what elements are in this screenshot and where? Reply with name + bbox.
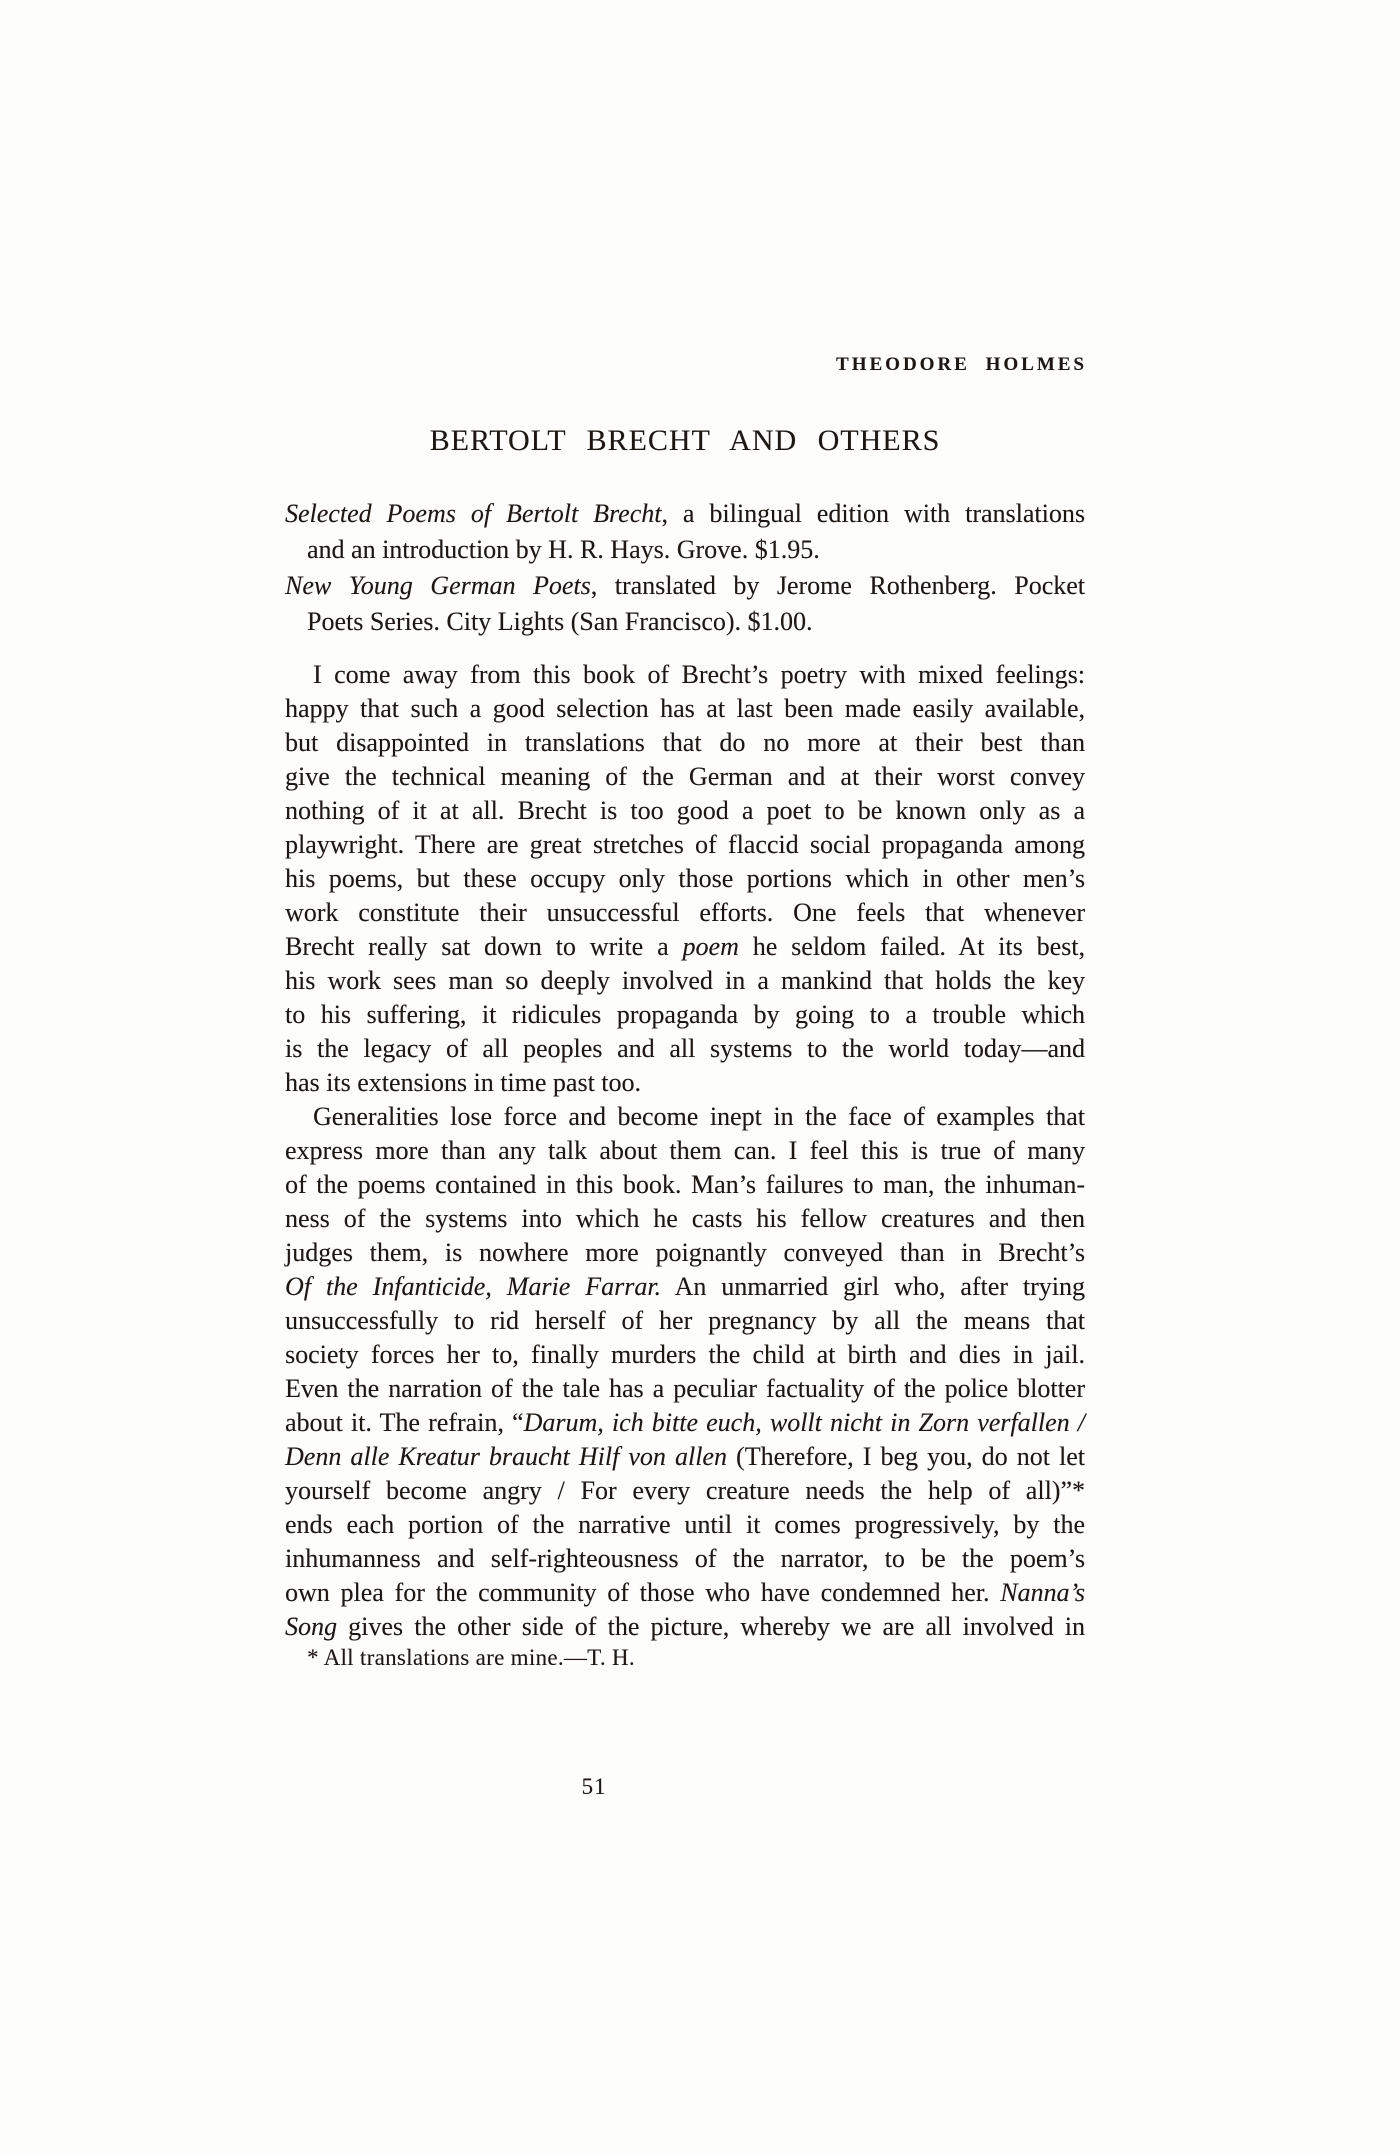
italic-text-segment: New Young German Poets <box>285 571 591 600</box>
text-line: but disappointed in translations that do… <box>285 726 1085 760</box>
text-segment: he seldom failed. At its best, <box>739 932 1085 961</box>
text-line: his poems, but these occupy only those p… <box>285 862 1085 896</box>
italic-text-segment: Selected Poems of Bertolt Brecht <box>285 499 661 528</box>
text-segment: Poets Series. City Lights (San Francisco… <box>307 607 813 636</box>
text-segment: has its extensions in time past too. <box>285 1068 641 1097</box>
text-segment: I come away from this book of Brecht’s p… <box>313 660 1085 689</box>
text-line: I come away from this book of Brecht’s p… <box>285 658 1085 692</box>
text-segment: (Therefore, I beg you, do not let <box>727 1442 1085 1471</box>
text-line: give the technical meaning of the German… <box>285 760 1085 794</box>
text-segment: express more than any talk about them ca… <box>285 1136 1085 1165</box>
text-segment: society forces her to, finally murders t… <box>285 1340 1085 1369</box>
italic-text-segment: poem <box>683 932 739 961</box>
text-segment: is the legacy of all peoples and all sys… <box>285 1034 1085 1063</box>
text-line: has its extensions in time past too. <box>285 1066 1085 1100</box>
scanned-book-page: THEODORE HOLMES BERTOLT BRECHT AND OTHER… <box>0 0 1400 2154</box>
text-line: to his suffering, it ridicules propagand… <box>285 998 1085 1032</box>
text-segment: Generalities lose force and become inept… <box>313 1102 1085 1131</box>
text-line: Selected Poems of Bertolt Brecht, a bili… <box>285 496 1085 532</box>
text-line: happy that such a good selection has at … <box>285 692 1085 726</box>
text-segment: of the poems contained in this book. Man… <box>285 1170 1085 1199</box>
italic-text-segment: Denn alle Kreatur braucht Hilf von allen <box>285 1442 727 1471</box>
text-line: of the poems contained in this book. Man… <box>285 1168 1085 1202</box>
text-line: inhumanness and self-righteousness of th… <box>285 1542 1085 1576</box>
text-segment: yourself become angry / For every creatu… <box>285 1476 1085 1505</box>
text-line: judges them, is nowhere more poignantly … <box>285 1236 1085 1270</box>
text-segment: inhumanness and self-righteousness of th… <box>285 1544 1085 1573</box>
text-line: ends each portion of the narrative until… <box>285 1508 1085 1542</box>
text-line: ness of the systems into which he casts … <box>285 1202 1085 1236</box>
text-segment: give the technical meaning of the German… <box>285 762 1085 791</box>
text-segment: to his suffering, it ridicules propagand… <box>285 1000 1085 1029</box>
text-segment: An unmarried girl who, after trying <box>661 1272 1085 1301</box>
article-title: BERTOLT BRECHT AND OTHERS <box>285 424 1085 458</box>
text-segment: about it. The refrain, “ <box>285 1408 524 1437</box>
text-line: New Young German Poets, translated by Je… <box>285 568 1085 604</box>
text-line: own plea for the community of those who … <box>285 1576 1085 1610</box>
page-number: 51 <box>582 1774 607 1800</box>
italic-text-segment: Of the Infanticide, Marie Farrar. <box>285 1272 661 1301</box>
text-segment: Brecht really sat down to write a <box>285 932 683 961</box>
text-line: and an introduction by H. R. Hays. Grove… <box>285 532 1085 568</box>
text-line: Generalities lose force and become inept… <box>285 1100 1085 1134</box>
text-line: Song gives the other side of the picture… <box>285 1610 1085 1644</box>
text-line: Brecht really sat down to write a poem h… <box>285 930 1085 964</box>
text-segment: nothing of it at all. Brecht is too good… <box>285 796 1085 825</box>
text-line: society forces her to, finally murders t… <box>285 1338 1085 1372</box>
text-line: nothing of it at all. Brecht is too good… <box>285 794 1085 828</box>
text-segment: judges them, is nowhere more poignantly … <box>285 1238 1085 1267</box>
text-line: express more than any talk about them ca… <box>285 1134 1085 1168</box>
text-line: Poets Series. City Lights (San Francisco… <box>285 604 1085 640</box>
italic-text-segment: Darum, ich bitte euch, wollt nicht in Zo… <box>524 1408 1085 1437</box>
italic-text-segment: Nanna’s <box>1000 1578 1085 1607</box>
text-line: about it. The refrain, “Darum, ich bitte… <box>285 1406 1085 1440</box>
text-segment: , translated by Jerome Rothenberg. Pocke… <box>591 571 1085 600</box>
text-line: yourself become angry / For every creatu… <box>285 1474 1085 1508</box>
text-line: Of the Infanticide, Marie Farrar. An unm… <box>285 1270 1085 1304</box>
text-line: playwright. There are great stretches of… <box>285 828 1085 862</box>
text-segment: gives the other side of the picture, whe… <box>337 1612 1085 1641</box>
text-segment: work constitute their unsuccessful effor… <box>285 898 1085 927</box>
text-line: Denn alle Kreatur braucht Hilf von allen… <box>285 1440 1085 1474</box>
text-segment: ends each portion of the narrative until… <box>285 1510 1085 1539</box>
text-line: is the legacy of all peoples and all sys… <box>285 1032 1085 1066</box>
text-line: Even the narration of the tale has a pec… <box>285 1372 1085 1406</box>
text-segment: his poems, but these occupy only those p… <box>285 864 1085 893</box>
translation-footnote: * All translations are mine.—T. H. <box>285 1645 1085 1671</box>
text-line: unsuccessfully to rid herself of her pre… <box>285 1304 1085 1338</box>
text-line: his work sees man so deeply involved in … <box>285 964 1085 998</box>
text-segment: and an introduction by H. R. Hays. Grove… <box>307 535 820 564</box>
italic-text-segment: Song <box>285 1612 337 1641</box>
text-segment: own plea for the community of those who … <box>285 1578 1000 1607</box>
review-body-text: I come away from this book of Brecht’s p… <box>285 658 1085 1644</box>
text-segment: , a bilingual edition with translations <box>661 499 1085 528</box>
text-segment: his work sees man so deeply involved in … <box>285 966 1085 995</box>
text-segment: happy that such a good selection has at … <box>285 694 1085 723</box>
text-segment: Even the narration of the tale has a pec… <box>285 1374 1085 1403</box>
text-segment: unsuccessfully to rid herself of her pre… <box>285 1306 1085 1335</box>
text-line: work constitute their unsuccessful effor… <box>285 896 1085 930</box>
bibliography-block: Selected Poems of Bertolt Brecht, a bili… <box>285 496 1085 640</box>
text-segment: ness of the systems into which he casts … <box>285 1204 1085 1233</box>
text-segment: playwright. There are great stretches of… <box>285 830 1085 859</box>
text-segment: but disappointed in translations that do… <box>285 728 1085 757</box>
author-header: THEODORE HOLMES <box>285 354 1087 376</box>
